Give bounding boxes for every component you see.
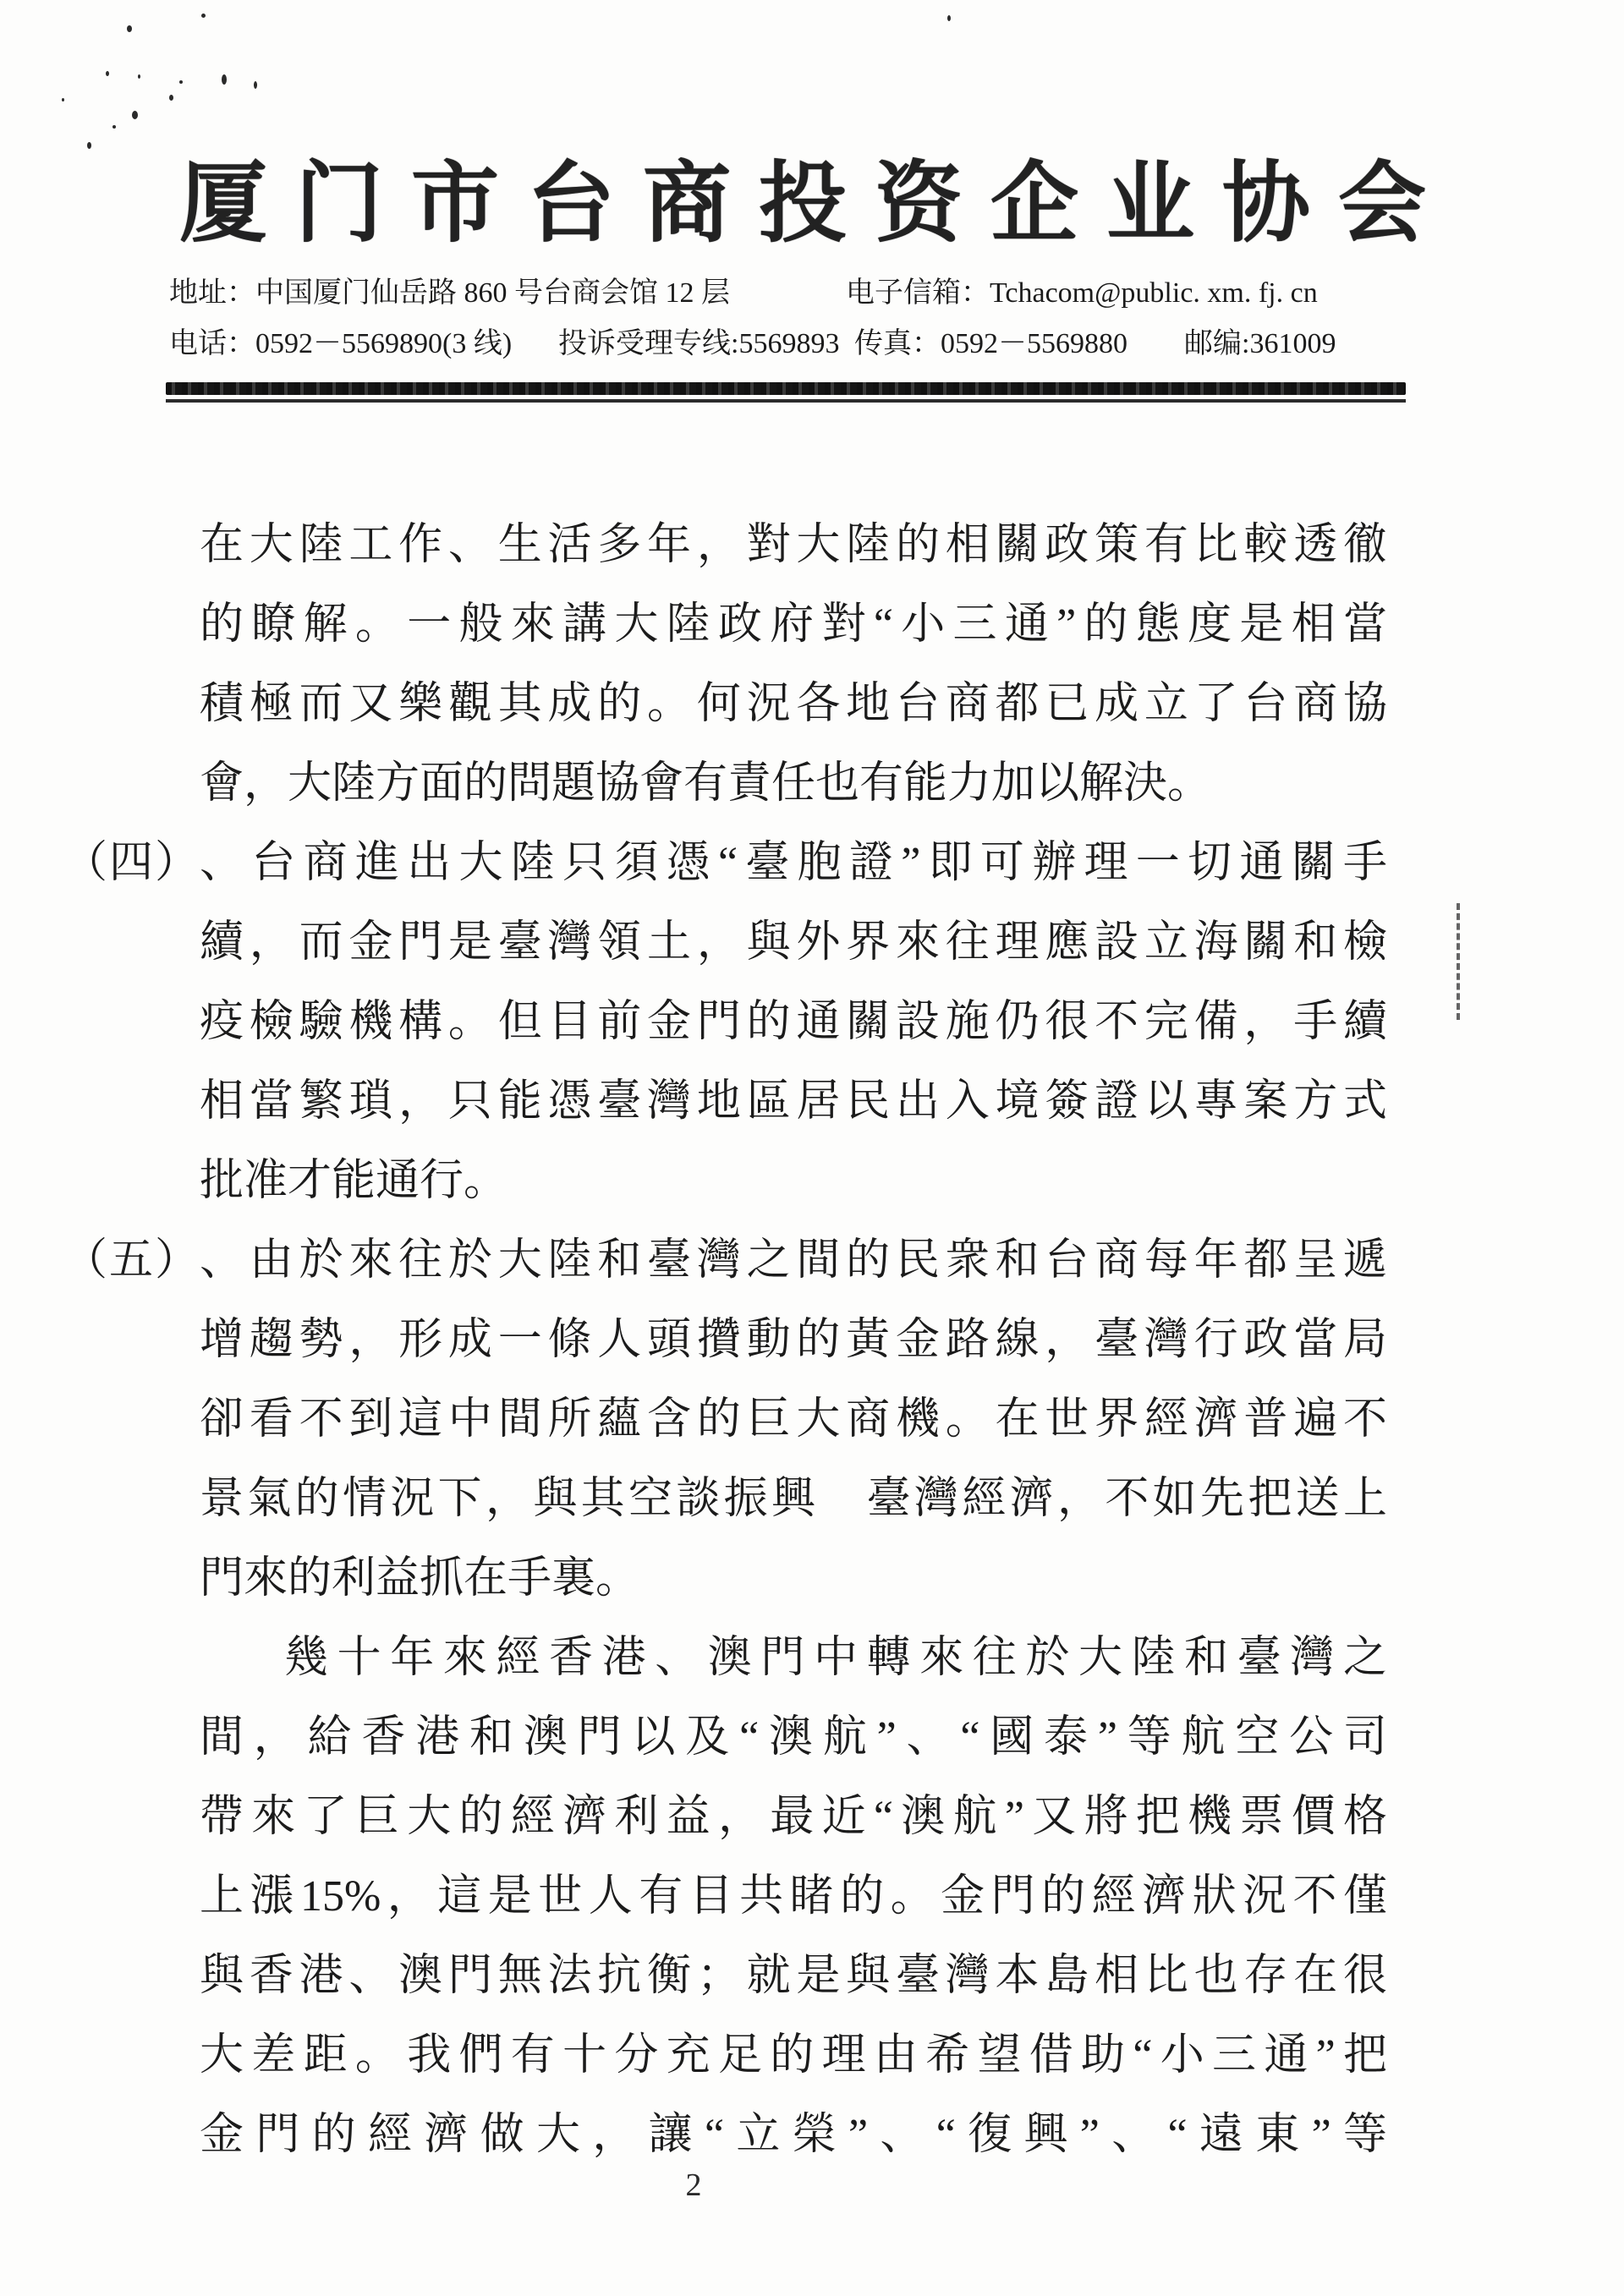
item-marker: （四） [63,824,200,903]
phone-text: 电话：0592－5569890(3 线) [169,320,512,361]
body-line: 大差距。我們有十分充足的理由希望借助“小三通”把 [200,2016,1387,2096]
page-number: 2 [660,2167,727,2204]
body-line-text: 大差距。我們有十分充足的理由希望借助“小三通”把 [200,2031,1387,2080]
body-line: 卻看不到這中間所蘊含的巨大商機。在世界經濟普遍不 [200,1380,1387,1460]
body-line-text: 間，給香港和澳門以及“澳航”、“國泰”等航空公司 [200,1713,1387,1762]
body-line: 疫檢驗機構。但目前金門的通關設施仍很不完備，手續 [200,983,1387,1062]
scanned-document-page: 厦门市台商投资企业协会 地址：中国厦门仙岳路 860 号台商会馆 12 层 电子… [0,0,1624,2296]
body-line-text: 金門的經濟做大，讓“立榮”、“復興”、“遠東”等 [200,2111,1387,2159]
body-line: 會，大陸方面的問題協會有責任也有能力加以解決。 [200,744,1387,824]
body-line: 續，而金門是臺灣領土，與外界來往理應設立海關和檢 [200,903,1387,983]
body-line: 金門的經濟做大，讓“立榮”、“復興”、“遠東”等 [200,2096,1387,2175]
body-line-text: 景氣的情況下，與其空談振興 臺灣經濟，不如先把送上 [200,1475,1387,1523]
body-line-text: 續，而金門是臺灣領土，與外界來往理應設立海關和檢 [200,918,1387,967]
body-line-text: 疫檢驗機構。但目前金門的通關設施仍很不完備，手續 [200,998,1387,1046]
body-line: 的瞭解。一般來講大陸政府對“小三通”的態度是相當 [200,585,1387,665]
body-line-text: 的瞭解。一般來講大陸政府對“小三通”的態度是相當 [200,600,1387,649]
body-line-text: 積極而又樂觀其成的。何況各地台商都已成立了台商協 [200,680,1387,728]
fax-text: 传真：0592－5569880 [854,320,1127,361]
header-rule [166,382,1406,403]
organization-title: 厦门市台商投资企业协会 [179,132,1454,259]
body-line-text: 在大陸工作、生活多年，對大陸的相關政策有比較透徹 [200,521,1387,569]
body-line: （四）、台商進出大陸只須憑“臺胞證”即可辦理一切通關手 [200,824,1387,903]
body-line-text: 相當繁瑣，只能憑臺灣地區居民出入境簽證以專案方式 [200,1077,1387,1126]
body-line-text: 卻看不到這中間所蘊含的巨大商機。在世界經濟普遍不 [200,1395,1387,1444]
body-line-text: 幾十年來經香港、澳門中轉來往於大陸和臺灣之 [200,1619,1387,1698]
email-text: 电子信箱：Tchacom@public. xm. fj. cn [846,269,1318,310]
body-line: 增趨勢，形成一條人頭攢動的黃金路線，臺灣行政當局 [200,1301,1387,1380]
hotline-text: 投诉受理专线:5569893 [558,320,839,361]
body-line: 幾十年來經香港、澳門中轉來往於大陸和臺灣之 [200,1619,1387,1698]
body-line: 積極而又樂觀其成的。何況各地台商都已成立了台商協 [200,665,1387,744]
body-line: （五）、由於來往於大陸和臺灣之間的民衆和台商每年都呈遞 [200,1221,1387,1301]
body-line: 門來的利益抓在手裏。 [200,1539,1387,1619]
postal-code-text: 邮编:361009 [1184,320,1336,361]
body-line: 帶來了巨大的經濟利益，最近“澳航”又將把機票價格 [200,1778,1387,1857]
address-text: 地址：中国厦门仙岳路 860 号台商会馆 12 层 [169,269,730,310]
body-line: 上漲15%，這是世人有目共睹的。金門的經濟狀況不僅 [200,1857,1387,1937]
body-line: 相當繁瑣，只能憑臺灣地區居民出入境簽證以專案方式 [200,1062,1387,1142]
body-line-text: 、台商進出大陸只須憑“臺胞證”即可辦理一切通關手 [200,839,1387,887]
body-line-text: 上漲15%，這是世人有目共睹的。金門的經濟狀況不僅 [200,1872,1387,1921]
body-line: 批准才能通行。 [200,1142,1387,1221]
item-marker: （五） [63,1221,200,1301]
contact-row-1: 地址：中国厦门仙岳路 860 号台商会馆 12 层 电子信箱：Tchacom@p… [169,269,1394,320]
body-line-text: 帶來了巨大的經濟利益，最近“澳航”又將把機票價格 [200,1793,1387,1841]
body-line: 間，給香港和澳門以及“澳航”、“國泰”等航空公司 [200,1698,1387,1778]
body-line: 在大陸工作、生活多年，對大陸的相關政策有比較透徹 [200,506,1387,585]
body-line-text: 與香港、澳門無法抗衡；就是與臺灣本島相比也存在很 [200,1952,1387,2000]
body-line-text: 批准才能通行。 [200,1157,507,1205]
body-line-text: 增趨勢，形成一條人頭攢動的黃金路線，臺灣行政當局 [200,1316,1387,1364]
header-rule-thin [166,399,1406,403]
contact-row-2: 电话：0592－5569890(3 线) 投诉受理专线:5569893 传真：0… [169,320,1394,370]
scan-artifact-dashes [1457,903,1460,1020]
header-rule-thick [166,382,1406,395]
body-line-text: 會，大陸方面的問題協會有責任也有能力加以解決。 [200,759,1211,808]
contact-block: 地址：中国厦门仙岳路 860 号台商会馆 12 层 电子信箱：Tchacom@p… [169,269,1394,370]
body-line-text: 、由於來往於大陸和臺灣之間的民衆和台商每年都呈遞 [200,1236,1387,1285]
body-text: 在大陸工作、生活多年，對大陸的相關政策有比較透徹的瞭解。一般來講大陸政府對“小三… [200,506,1387,2175]
body-line: 景氣的情況下，與其空談振興 臺灣經濟，不如先把送上 [200,1460,1387,1539]
body-line-text: 門來的利益抓在手裏。 [200,1554,639,1603]
body-line: 與香港、澳門無法抗衡；就是與臺灣本島相比也存在很 [200,1937,1387,2016]
